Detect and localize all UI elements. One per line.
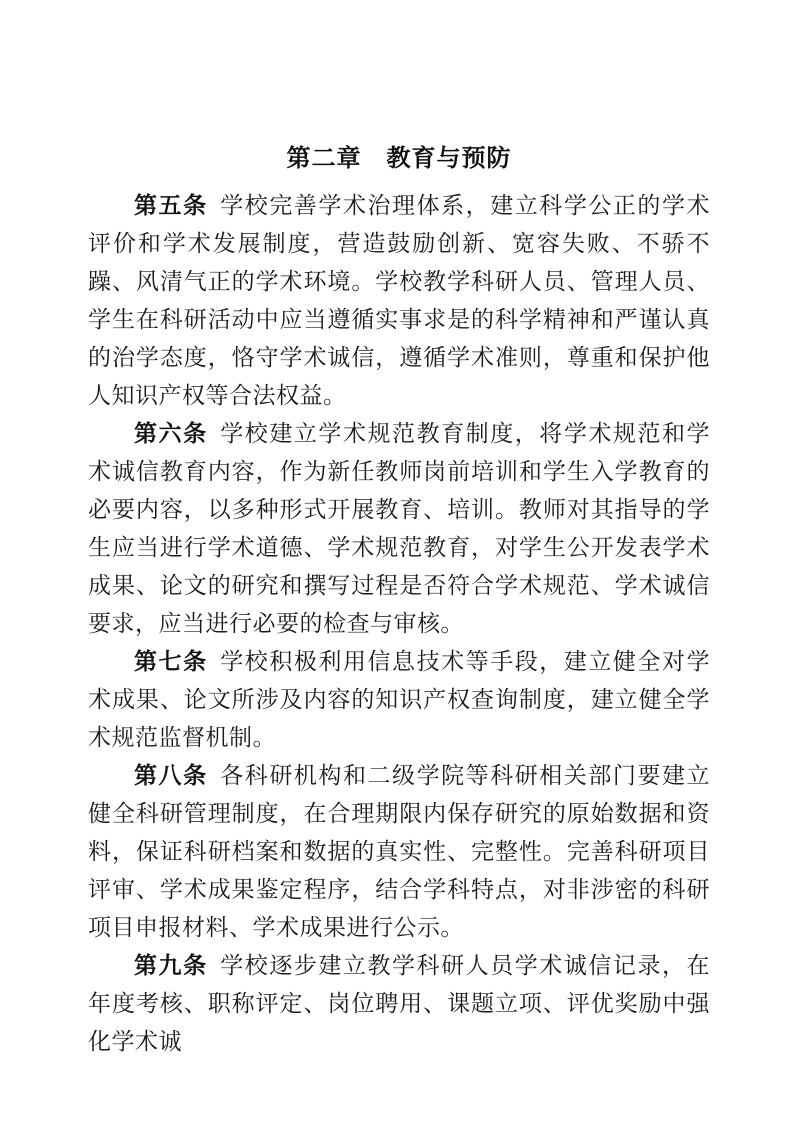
document-content: 第二章 教育与预防 第五条学校完善学术治理体系，建立科学公正的学术评价和学术发展…: [0, 0, 793, 1061]
article-6-paragraph: 第六条学校建立学术规范教育制度，将学术规范和学术诚信教育内容，作为新任教师岗前培…: [88, 415, 710, 643]
article-6-label: 第六条: [134, 421, 208, 446]
article-7-paragraph: 第七条学校积极利用信息技术等手段，建立健全对学术成果、论文所涉及内容的知识产权查…: [88, 643, 710, 757]
article-5-text: 学校完善学术治理体系，建立科学公正的学术评价和学术发展制度，营造鼓励创新、宽容失…: [88, 193, 710, 408]
article-6-text: 学校建立学术规范教育制度，将学术规范和学术诚信教育内容，作为新任教师岗前培训和学…: [88, 421, 710, 636]
article-9-paragraph: 第九条学校逐步建立教学科研人员学术诚信记录，在年度考核、职称评定、岗位聘用、课题…: [88, 947, 710, 1061]
article-5-paragraph: 第五条学校完善学术治理体系，建立科学公正的学术评价和学术发展制度，营造鼓励创新、…: [88, 187, 710, 415]
article-5-label: 第五条: [134, 193, 208, 218]
article-8-text: 各科研机构和二级学院等科研相关部门要建立健全科研管理制度，在合理期限内保存研究的…: [88, 763, 710, 940]
article-7-label: 第七条: [134, 649, 208, 674]
article-8-label: 第八条: [134, 763, 208, 788]
article-9-label: 第九条: [134, 953, 208, 978]
chapter-heading: 第二章 教育与预防: [88, 146, 710, 172]
article-8-paragraph: 第八条各科研机构和二级学院等科研相关部门要建立健全科研管理制度，在合理期限内保存…: [88, 757, 710, 947]
document-page: 第二章 教育与预防 第五条学校完善学术治理体系，建立科学公正的学术评价和学术发展…: [0, 0, 793, 1122]
